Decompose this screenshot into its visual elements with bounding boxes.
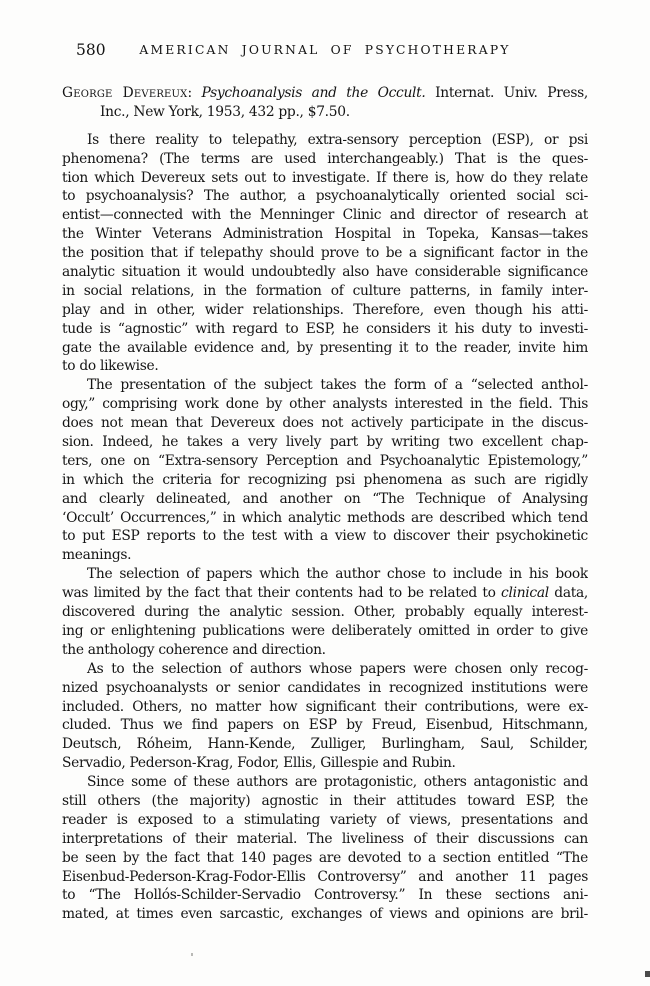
journal-page: 580 AMERICAN JOURNAL OF PSYCHOTHERAPY Ge…: [0, 0, 650, 986]
text-line: the position that if telepathy should pr…: [62, 244, 588, 263]
text-line: meanings.: [62, 546, 588, 565]
text-line: still others (the majority) agnostic in …: [62, 792, 588, 811]
running-head: AMERICAN JOURNAL OF PSYCHOTHERAPY: [62, 42, 588, 58]
text-line: ters, one on “Extra-sensory Perception a…: [62, 452, 588, 471]
review-body: Is there reality to telepathy, extra-sen…: [62, 131, 588, 924]
text-line: tion which Devereux sets out to investig…: [62, 169, 588, 188]
text-line: The selection of papers which the author…: [62, 565, 588, 584]
text-line: ogy,” comprising work done by other anal…: [62, 395, 588, 414]
text-line: ing or enlightening publications were de…: [62, 622, 588, 641]
text-line: in which the criteria for recognizing ps…: [62, 471, 588, 490]
text-line: reader is exposed to a stimulating varie…: [62, 811, 588, 830]
text-line: gate the available evidence and, by pres…: [62, 339, 588, 358]
text-line: interpretations of their material. The l…: [62, 830, 588, 849]
book-review: George Devereux: Psychoanalysis and the …: [62, 84, 588, 924]
text-line: tude is “agnostic” with regard to ESP, h…: [62, 320, 588, 339]
text-line: Deutsch, Róheim, Hann-Kende, Zulliger, B…: [62, 735, 588, 754]
text-line: As to the selection of authors whose pap…: [62, 660, 588, 679]
text-line: Is there reality to telepathy, extra-sen…: [62, 131, 588, 150]
text-line: Since some of these authors are protagon…: [62, 773, 588, 792]
text-line: does not mean that Devereux does not act…: [62, 414, 588, 433]
text-line: Eisenbud-Pederson-Krag-Fodor-Ellis Contr…: [62, 868, 588, 887]
text-line: mated, at times even sarcastic, exchange…: [62, 905, 588, 924]
text-line: Servadio, Pederson-Krag, Fodor, Ellis, G…: [62, 754, 588, 773]
text-line: Inc., New York, 1953, 432 pp., $7.50.: [62, 103, 588, 122]
scan-artifact: [191, 953, 193, 956]
text-line: to “The Hollós-Schilder-Servadio Controv…: [62, 886, 588, 905]
text-line: and clearly delineated, and another on “…: [62, 490, 588, 509]
text-line: to put ESP reports to the test with a vi…: [62, 527, 588, 546]
scan-artifact: [645, 971, 650, 977]
text-line: nized psychoanalysts or senior candidate…: [62, 679, 588, 698]
text-line: entist—connected with the Menninger Clin…: [62, 206, 588, 225]
text-line: The presentation of the subject takes th…: [62, 376, 588, 395]
text-line: phenomena? (The terms are used interchan…: [62, 150, 588, 169]
text-line: included. Others, no matter how signific…: [62, 698, 588, 717]
text-line: be seen by the fact that 140 pages are d…: [62, 849, 588, 868]
text-line: in social relations, in the formation of…: [62, 282, 588, 301]
text-line: analytic situation it would undoubtedly …: [62, 263, 588, 282]
text-line: the anthology coherence and direction.: [62, 641, 588, 660]
text-line: play and in other, wider relationships. …: [62, 301, 588, 320]
text-line: cluded. Thus we find papers on ESP by Fr…: [62, 716, 588, 735]
text-line: George Devereux: Psychoanalysis and the …: [62, 84, 588, 103]
text-line: to psychoanalysis? The author, a psychoa…: [62, 187, 588, 206]
review-citation: George Devereux: Psychoanalysis and the …: [62, 84, 588, 122]
text-line: sion. Indeed, he takes a very lively par…: [62, 433, 588, 452]
page-number: 580: [76, 42, 106, 58]
text-line: ‘Occult’ Occurrences,” in which analytic…: [62, 509, 588, 528]
text-line: discovered during the analytic session. …: [62, 603, 588, 622]
text-line: was limited by the fact that their conte…: [62, 584, 588, 603]
page-header: 580 AMERICAN JOURNAL OF PSYCHOTHERAPY: [62, 42, 588, 58]
text-line: to do likewise.: [62, 357, 588, 376]
text-line: the Winter Veterans Administration Hospi…: [62, 225, 588, 244]
